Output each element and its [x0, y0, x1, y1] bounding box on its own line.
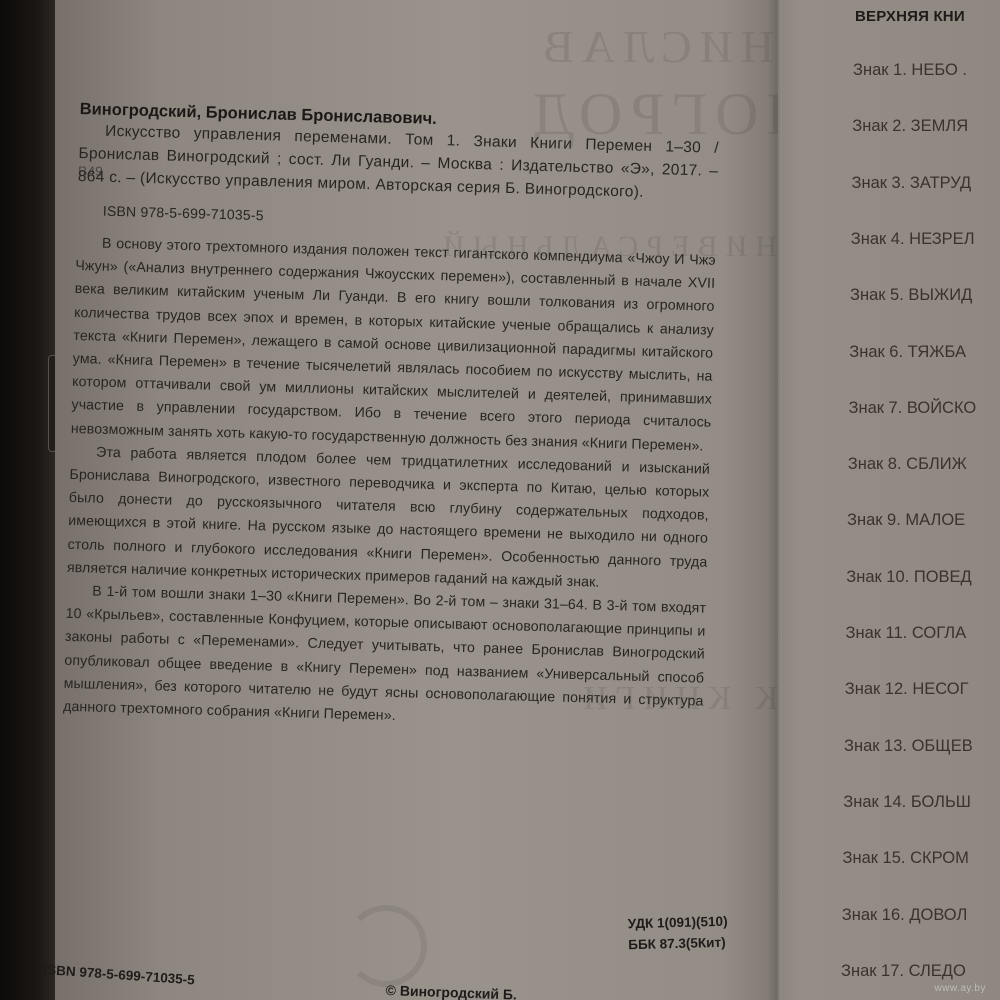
toc-item: Знак 2. ЗЕМЛЯ — [852, 117, 968, 136]
toc-item: Знак 3. ЗАТРУД — [852, 174, 972, 193]
toc-item: Знак 4. НЕЗРЕЛ — [851, 230, 975, 249]
toc-item: Знак 14. БОЛЬШ — [843, 793, 971, 812]
toc-item: Знак 6. ТЯЖБА — [849, 343, 966, 362]
toc-item: Знак 16. ДОВОЛ — [842, 906, 968, 925]
toc-item: Знак 15. СКРОМ — [843, 849, 969, 868]
toc-heading: ВЕРХНЯЯ КНИ — [855, 8, 965, 25]
reader-device-edge — [0, 0, 62, 1000]
toc-item: Знак 11. СОГЛА — [846, 624, 967, 643]
toc-item: Знак 9. МАЛОЕ — [847, 511, 965, 530]
annotation-paragraph: Эта работа является плодом более чем три… — [67, 441, 711, 598]
bibliographic-record: Виногродский, Бронислав Брониславович. И… — [63, 100, 720, 737]
toc-item: Знак 7. ВОЙСКО — [849, 399, 977, 418]
udk-code: УДК 1(091)(510) — [627, 911, 727, 935]
toc-item: Знак 5. ВЫЖИД — [850, 286, 972, 305]
isbn-line: ISBN 978-5-699-71035-5 — [103, 203, 717, 236]
publisher-logo-watermark — [345, 905, 427, 987]
classification-codes: УДК 1(091)(510) ББК 87.3(5Кит) — [627, 911, 728, 956]
toc-item: Знак 12. НЕСОГ — [845, 680, 969, 699]
toc-item: Знак 1. НЕБО . — [853, 61, 967, 80]
toc-item: Знак 17. СЛЕДО — [841, 962, 966, 981]
bbk-code: ББК 87.3(5Кит) — [628, 932, 728, 956]
toc-item: Знак 10. ПОВЕД — [846, 568, 971, 587]
annotation-paragraph: В основу этого трехтомного издания полож… — [70, 232, 716, 459]
page-gutter — [768, 0, 782, 1000]
annotation-paragraph: В 1-й том вошли знаки 1–30 «Книги Переме… — [63, 580, 707, 737]
watermark: www.ay.by — [934, 983, 986, 994]
toc-item: Знак 13. ОБЩЕВ — [844, 737, 973, 756]
toc-item: Знак 8. СБЛИЖ — [848, 455, 967, 474]
bleed-through-text: БРОНИСЛАВ — [535, 20, 780, 73]
